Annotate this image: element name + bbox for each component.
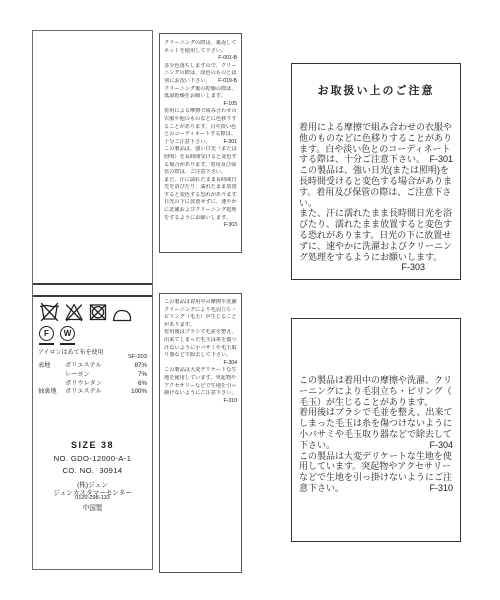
text-line: クリーニングの際は、裏返して <box>164 40 237 48</box>
text-line: ることがあります。白や淡い色 <box>164 124 237 132</box>
text-line: また、汗に濡れたまま長時間日 <box>164 177 237 185</box>
text-line: また、汗に濡れたまま長時間日光を浴 <box>299 208 453 219</box>
dry-clean-f-icon: F <box>39 326 54 345</box>
iron-icon <box>112 307 132 322</box>
text-line: この製品は着用中の摩擦や洗濯、クリ <box>299 375 453 386</box>
text-line: などで生地を引っ掛けないようにご注 <box>299 472 453 483</box>
middle-care-text-label-top: クリーニングの際は、裏返してネットを使用して下さい。F-001-B多少色落ちしま… <box>159 33 242 253</box>
text-line: ます。白や淡い色とのコーディネート <box>299 144 453 155</box>
size-label: SIZE 38 <box>33 440 152 450</box>
fabric-composition: 表地ポリエステル87%レーヨン7%ポリウレタン6%袖裏地ポリエステル100% <box>33 362 152 397</box>
text-line: ピリング（毛玉）が生じること <box>164 314 237 322</box>
text-line: 着用による摩擦で組み合わせの <box>164 108 237 116</box>
underline-mark <box>60 343 75 345</box>
text-line: 下さい。F-304 <box>299 440 453 451</box>
text-line: F-303 <box>164 222 237 230</box>
circle-f-letter: F <box>39 326 54 341</box>
left-care-label: F W アイロンはあて布を使用 SF-203 表地ポリエステル87%レーヨン7%… <box>32 30 153 570</box>
text-line: があります。 <box>164 322 237 330</box>
text-line: 着用後はブラシで毛並を整え、 <box>164 329 237 337</box>
text-line: する際は、十分ご注意下さい。F-301 <box>299 154 453 165</box>
text-line: ニングの際は、淡色のものとは <box>164 70 237 78</box>
no-wash-icon <box>39 302 60 322</box>
wet-clean-w-icon: W <box>60 326 75 345</box>
text-line: クリーニング後の乾燥の際は、 <box>164 86 237 94</box>
text-line: この製品は大変デリケートな生地を使 <box>299 451 453 462</box>
text-line: 着用による摩擦で組み合わせの衣服や <box>299 122 453 133</box>
text-line: F-310 <box>164 398 237 406</box>
text-line: 他のものなどに色移りすることがあり <box>299 133 453 144</box>
item-number: NO. GDO-12000-A-1 <box>33 454 152 463</box>
text-line: 別にお洗い下さい。F-019-B <box>164 78 237 86</box>
text-line: 多少色落ちしますので、クリー <box>164 63 237 71</box>
divider-line-top <box>33 283 152 285</box>
text-line: 管の際は、ご注意下さい。 <box>164 169 237 177</box>
label-ref-code: SF-203 <box>33 354 152 360</box>
text-line: 小バサミや毛玉取り器などで除去して <box>299 429 453 440</box>
text-line: すると変色する恐れがあります。 <box>164 192 237 200</box>
text-line: 着用後はブラシで毛並を整え、出来て <box>299 407 453 418</box>
text-line: ネットを使用して下さい。 <box>164 48 237 56</box>
text-line: る場合があります。着用及び保 <box>164 162 237 170</box>
text-line: クリーニングにより毛羽立ち・ <box>164 307 237 315</box>
care-symbols-row <box>33 302 152 322</box>
text-line: ずに、速やかに洗濯およびクリーニン <box>299 241 453 252</box>
divider-line-bottom <box>33 295 152 297</box>
text-line: 地を使用しています。突起物や <box>164 375 237 383</box>
text-line: 出来てしまった毛玉は糸を傷つ <box>164 337 237 345</box>
text-line: 低温乾燥をお願いします。 <box>164 93 237 101</box>
text-line: 意下さい。F-310 <box>299 483 453 494</box>
text-line: 光を浴びたり、濡れたまま放置 <box>164 184 237 192</box>
text-line: 毛玉）が生じることがあります。 <box>299 397 453 408</box>
notice-body: この製品は着用中の摩擦や洗濯、クリーニングにより毛羽立ち・ピリング（毛玉）が生じ… <box>292 319 460 494</box>
notice-title: お取扱い上のご注意 <box>292 82 460 98</box>
text-line: とのコーディネートする際は、 <box>164 131 237 139</box>
text-line: F-304 <box>164 360 237 368</box>
text-line: 掛けないようにご注意下さい。 <box>164 390 237 398</box>
composition-row: レーヨン7% <box>38 371 147 380</box>
text-line: 照明）を長時間受けると変色す <box>164 154 237 162</box>
text-line: けないように小バサミや毛玉取 <box>164 345 237 353</box>
text-line: ーニングにより毛羽立ち・ピリング（ <box>299 386 453 397</box>
text-line: F-001-B <box>164 55 237 63</box>
no-bleach-icon <box>64 302 84 322</box>
text-line: この製品は大変デリケートな生 <box>164 367 237 375</box>
text-line: い。 <box>299 198 453 209</box>
handling-notice-card: お取扱い上のご注意 着用による摩擦で組み合わせの衣服や他のものなどに色移りするこ… <box>291 63 461 280</box>
text-line: をするようにお願いします。 <box>164 215 237 223</box>
text-line: この製品は、強い日光（または <box>164 146 237 154</box>
text-line: びたり、濡れたまま放置すると変色す <box>299 219 453 230</box>
dry-clean-row: F W <box>33 326 152 345</box>
notice-body: 着用による摩擦で組み合わせの衣服や他のものなどに色移りすることがあります。白や淡… <box>292 122 460 273</box>
text-line: 用しています。突起物やアクセサリー <box>299 461 453 472</box>
text-line: F-105 <box>164 101 237 109</box>
text-line: アクセサリーなどで生地を引っ <box>164 383 237 391</box>
phone-number: 0120-298-133 <box>33 495 152 501</box>
text-line: に洗濯およびクリーニング処理 <box>164 207 237 215</box>
text-line: 長時間受けると変色する場合がありま <box>299 176 453 187</box>
text-line: 十分ご注意下さい。F-301 <box>164 139 237 147</box>
composition-row: 表地ポリエステル87% <box>38 362 147 371</box>
text-line: 衣服や他のものなどに色移りす <box>164 116 237 124</box>
co-number: CO. NO. 30914 <box>33 466 152 475</box>
care-label-sheet: F W アイロンはあて布を使用 SF-203 表地ポリエステル87%レーヨン7%… <box>0 0 500 600</box>
text-line: この製品は着用中の摩擦や洗濯、 <box>164 299 237 307</box>
country-of-origin: 中国製 <box>33 502 152 512</box>
text-line: る恐れがあります。日光の下に放置せ <box>299 230 453 241</box>
circle-w-letter: W <box>60 326 75 341</box>
text-line: す。着用及び保管の際は、ご注意下さ <box>299 187 453 198</box>
text-line: この製品は、強い日光(または照明)を <box>299 165 453 176</box>
middle-care-text-label-bottom: この製品は着用中の摩擦や洗濯、クリーニングにより毛羽立ち・ピリング（毛玉）が生じ… <box>159 293 242 573</box>
no-tumble-dry-icon <box>88 302 108 322</box>
text-line: グ処理をするようにお願いします。 <box>299 252 453 263</box>
text-line: F-303 <box>299 262 453 273</box>
pilling-notice-card: この製品は着用中の摩擦や洗濯、クリーニングにより毛羽立ち・ピリング（毛玉）が生じ… <box>291 318 461 542</box>
composition-row: 袖裏地ポリエステル100% <box>38 388 147 397</box>
underline-mark <box>39 343 54 345</box>
text-line: り器などで除去して下さい。 <box>164 352 237 360</box>
text-line: しまった毛玉は糸を傷つけないように <box>299 418 453 429</box>
text-line: 日光の下に放置せずに、速やか <box>164 199 237 207</box>
